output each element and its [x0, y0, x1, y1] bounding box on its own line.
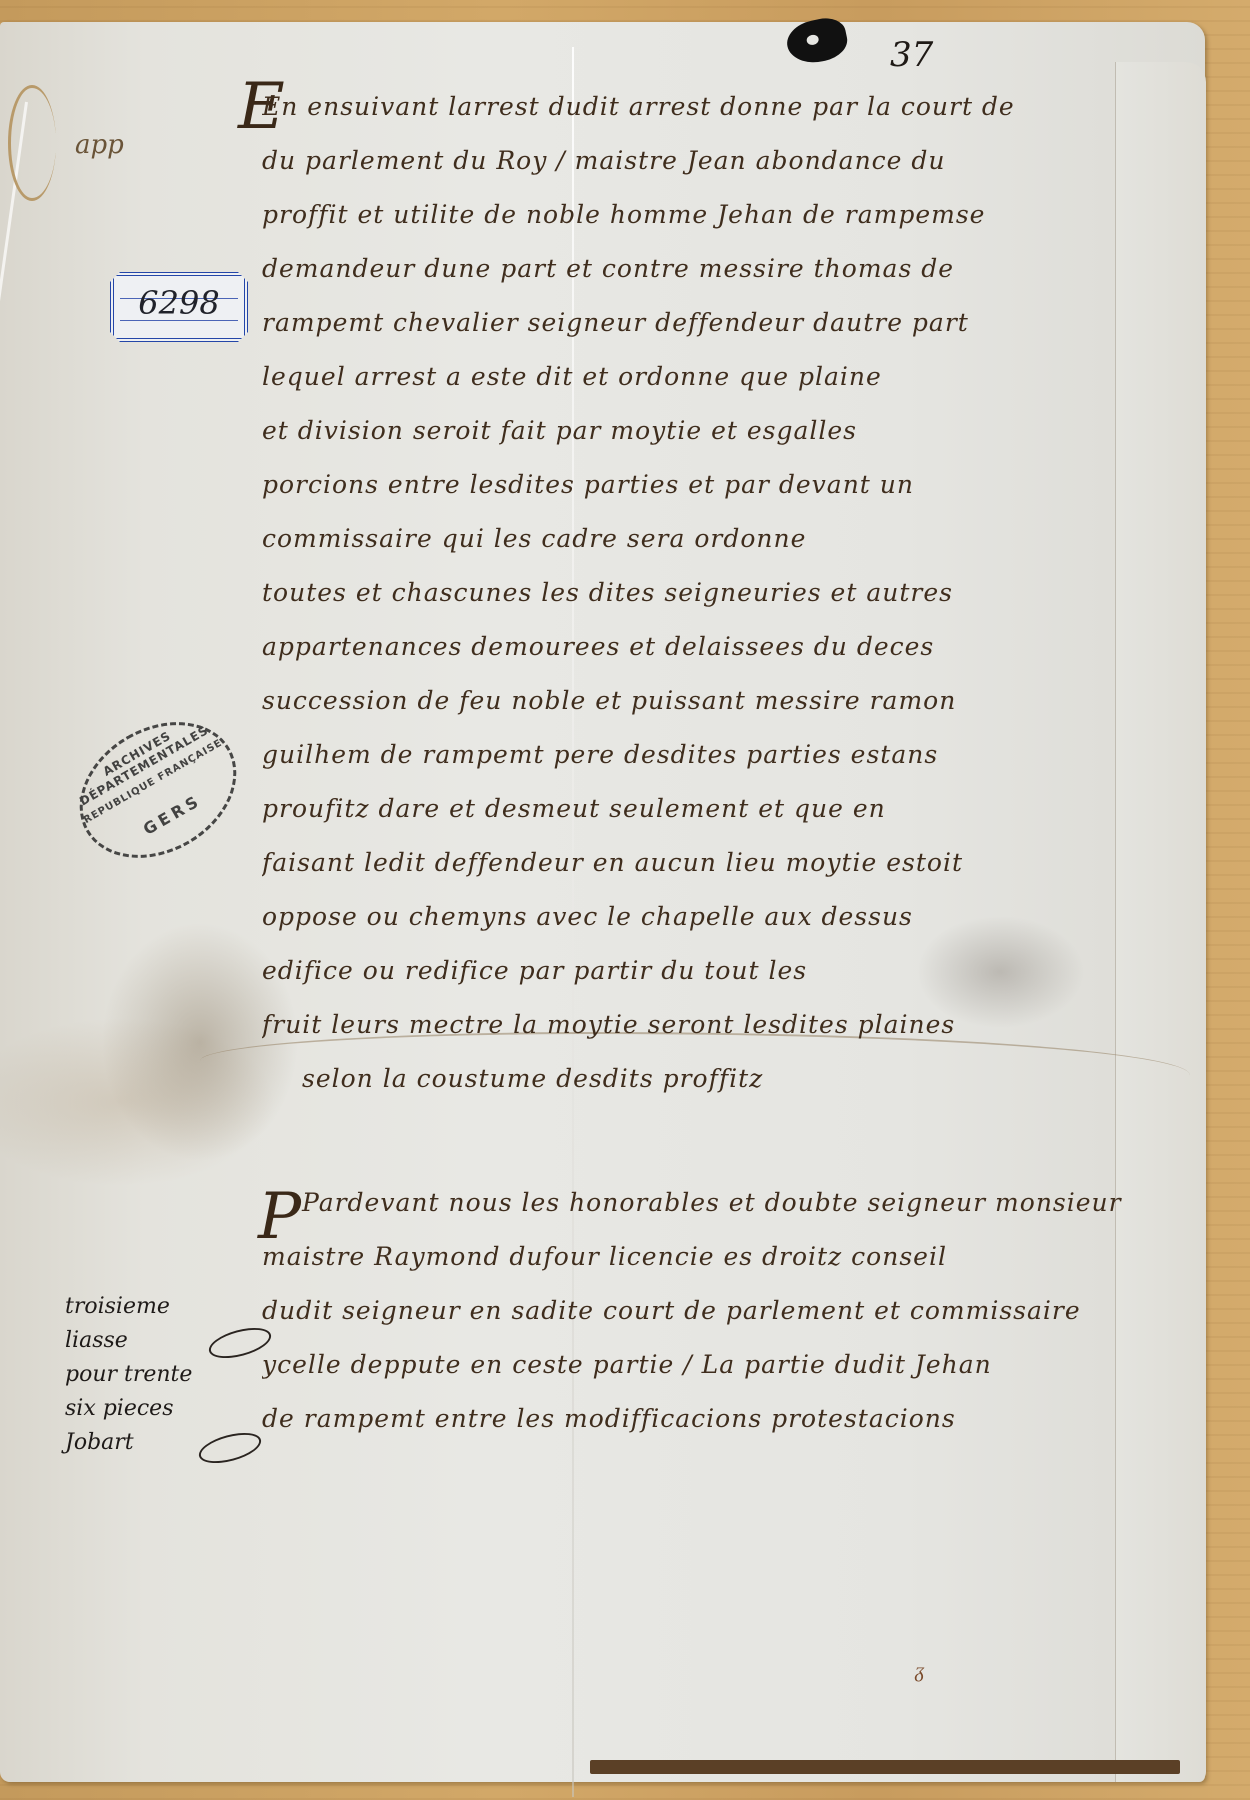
archive-label: 6298 [110, 272, 248, 342]
text-line: maistre Raymond dufour licencie es droit… [262, 1230, 1222, 1284]
text-line: porcions entre lesdites parties et par d… [262, 458, 1222, 512]
text-line: demandeur dune part et contre messire th… [262, 242, 1222, 296]
text-line: succession de feu noble et puissant mess… [262, 674, 1222, 728]
text-line: proffit et utilite de noble homme Jehan … [262, 188, 1222, 242]
text-line: fruit leurs mectre la moytie seront lesd… [262, 998, 1222, 1052]
margin-note-line: troisieme [65, 1290, 265, 1324]
text-line: proufitz dare et desmeut seulement et qu… [262, 782, 1222, 836]
folio-number: 37 [890, 35, 933, 75]
text-line: commissaire qui les cadre sera ordonne [262, 512, 1222, 566]
manuscript-body: En ensuivant larrest dudit arrest donne … [262, 80, 1222, 1446]
archive-number: 6298 [114, 284, 244, 322]
text-line: de rampemt entre les modifficacions prot… [262, 1392, 1222, 1446]
margin-note-line: pour trente [65, 1358, 265, 1392]
text-line: Pardevant nous les honorables et doubte … [262, 1176, 1222, 1230]
text-line: faisant ledit deffendeur en aucun lieu m… [262, 836, 1222, 890]
text-line: du parlement du Roy / maistre Jean abond… [262, 134, 1222, 188]
top-margin-mark: app [75, 130, 124, 160]
text-line: appartenances demourees et delaissees du… [262, 620, 1222, 674]
bottom-mark: ᵹ [915, 1658, 924, 1683]
text-line: dudit seigneur en sadite court de parlem… [262, 1284, 1222, 1338]
binding-string [8, 85, 56, 201]
text-line: selon la coustume desdits proffitz [262, 1052, 1222, 1106]
text-line: ycelle deppute en ceste partie / La part… [262, 1338, 1222, 1392]
text-line: En ensuivant larrest dudit arrest donne … [262, 80, 1222, 134]
text-line: et division seroit fait par moytie et es… [262, 404, 1222, 458]
text-line: lequel arrest a este dit et ordonne que … [262, 350, 1222, 404]
text-line: toutes et chascunes les dites seigneurie… [262, 566, 1222, 620]
text-line: oppose ou chemyns avec le chapelle aux d… [262, 890, 1222, 944]
text-line: edifice ou redifice par partir du tout l… [262, 944, 1222, 998]
page-bottom-shadow [590, 1760, 1180, 1774]
text-line: rampemt chevalier seigneur deffendeur da… [262, 296, 1222, 350]
margin-note-line: six pieces [65, 1392, 265, 1426]
paragraph-gap [262, 1106, 1222, 1176]
left-crease [0, 102, 28, 994]
text-line: guilhem de rampemt pere desdites parties… [262, 728, 1222, 782]
